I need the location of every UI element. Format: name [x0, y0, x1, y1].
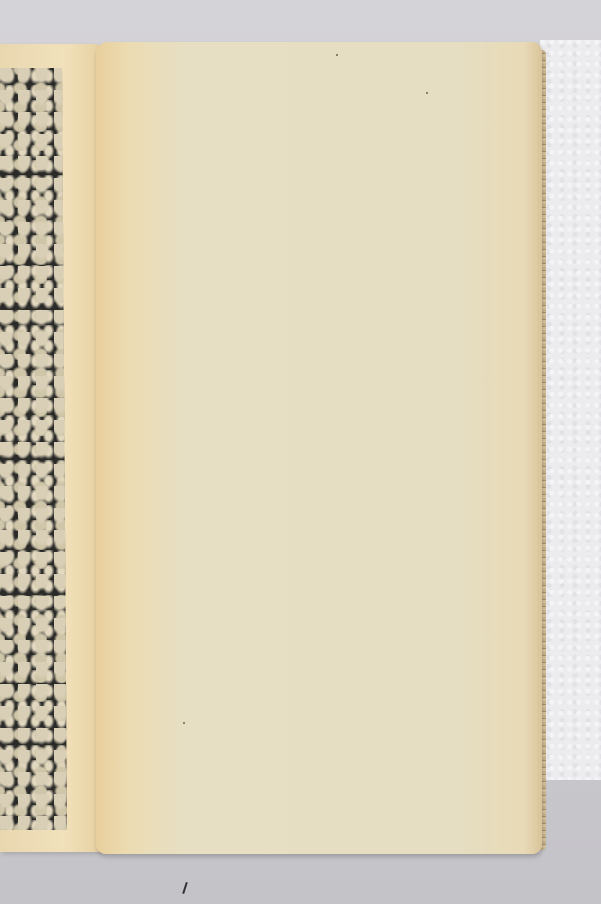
paper-speck	[336, 54, 338, 56]
paper-speck	[426, 92, 428, 94]
paper-surface	[96, 42, 542, 854]
foam-support	[540, 40, 601, 780]
stone-rubbing-image	[0, 68, 67, 830]
paper-speck	[183, 722, 185, 724]
right-page-blank	[96, 42, 542, 854]
